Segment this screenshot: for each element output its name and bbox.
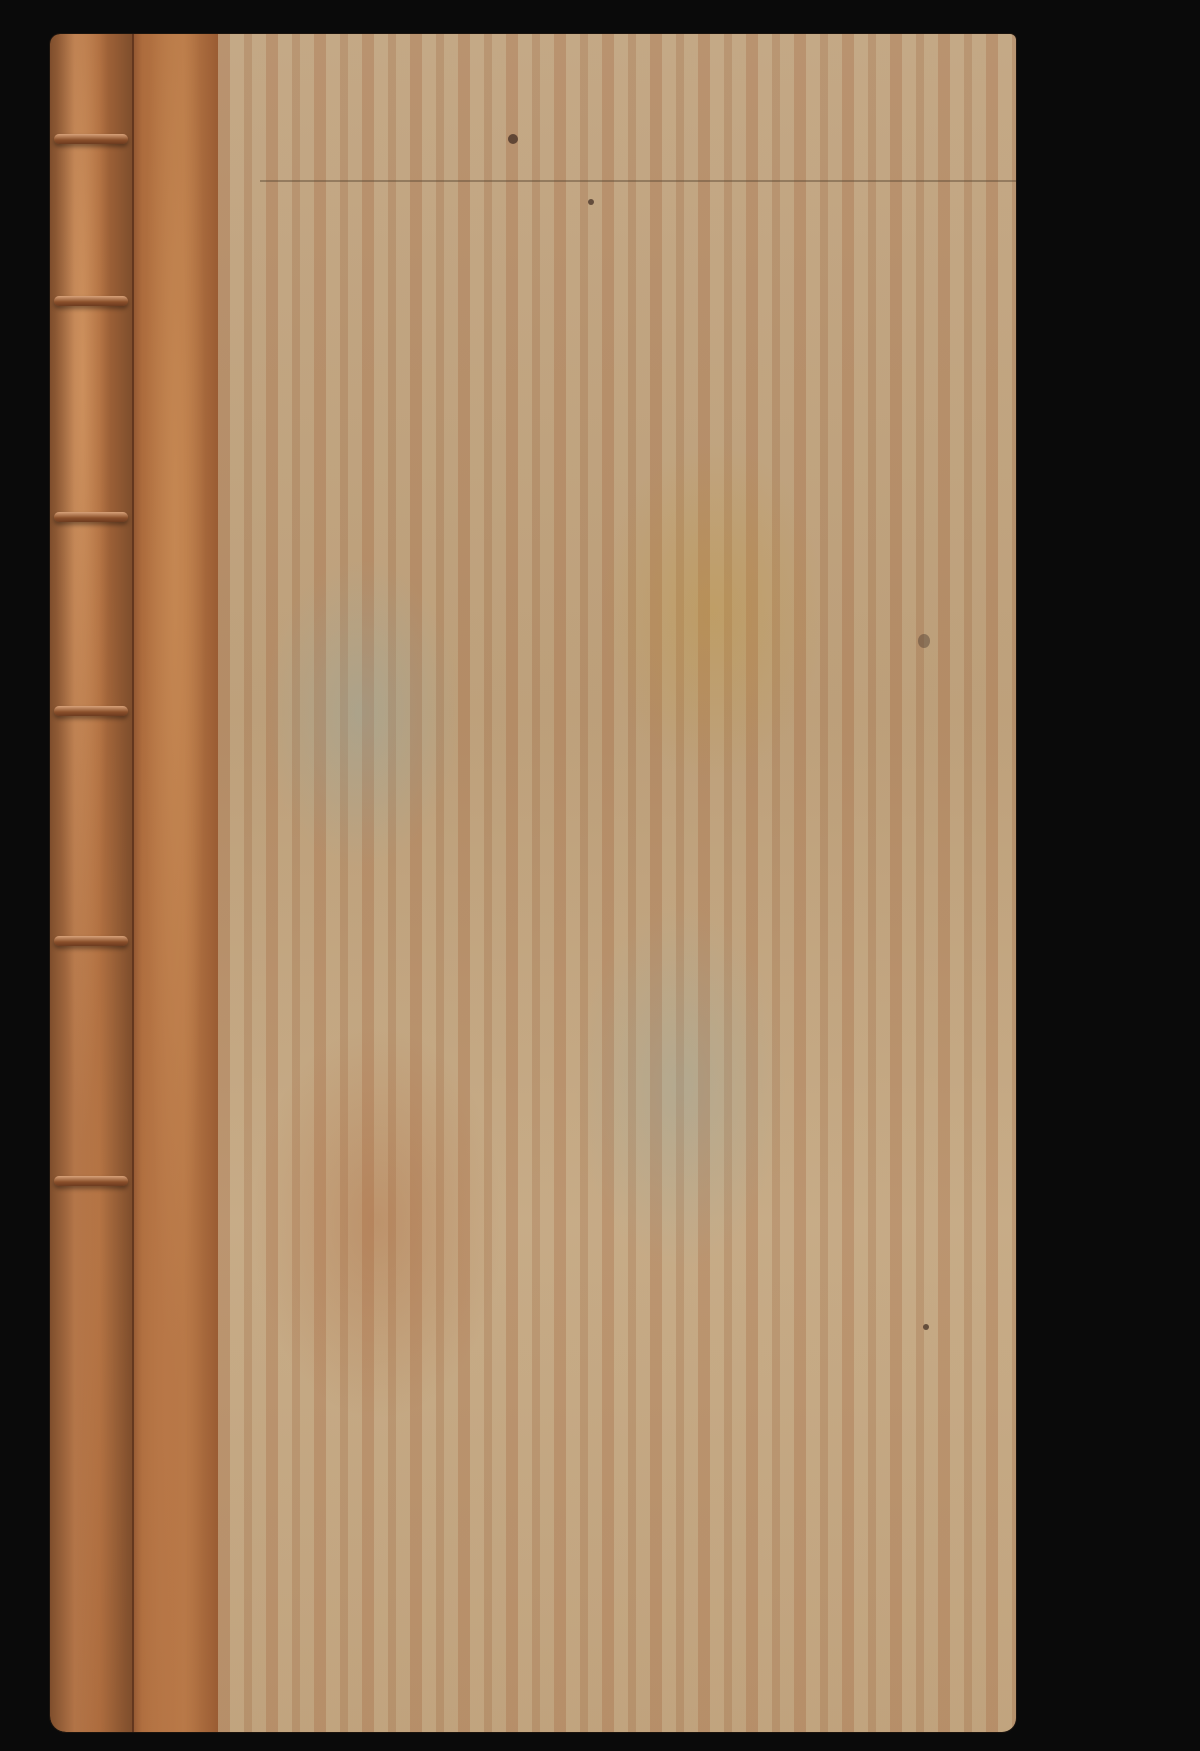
leather-spine	[50, 34, 132, 1732]
marbled-paper-board	[218, 34, 1016, 1732]
book	[50, 34, 1016, 1732]
stain-spot	[923, 1324, 929, 1330]
spine-raised-band	[54, 706, 128, 716]
stain-spot	[918, 634, 930, 648]
paper-turn-in-line	[260, 180, 1016, 182]
photo-scene	[0, 0, 1200, 1751]
spine-raised-band	[54, 512, 128, 522]
spine-raised-band	[54, 134, 128, 144]
leather-hinge-strip	[132, 34, 218, 1732]
spine-raised-band	[54, 1176, 128, 1186]
spine-raised-band	[54, 296, 128, 306]
stain-spot	[588, 199, 594, 205]
spine-raised-band	[54, 936, 128, 946]
stain-spot	[508, 134, 518, 144]
spine-joint-line	[132, 34, 134, 1732]
